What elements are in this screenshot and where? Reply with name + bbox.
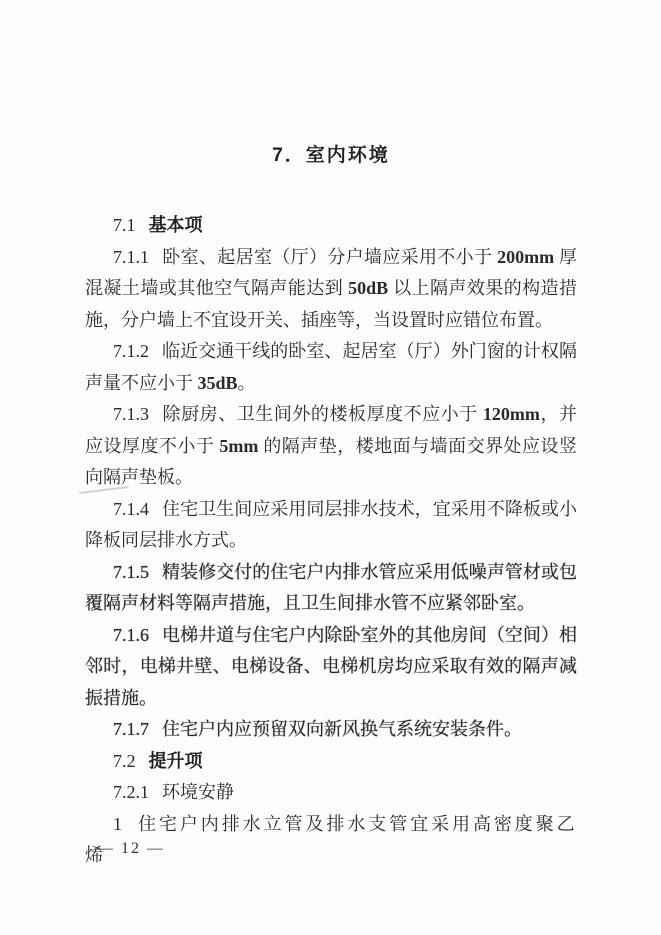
clause-number: 7.1.1: [113, 247, 149, 267]
text-run: 电梯井道与住宅户内除卧室外的其他房间（空间）相邻时，电梯井壁、电梯设备、电梯机房…: [85, 625, 577, 708]
document-page: 7．室内环境 7.1基本项7.1.1卧室、起居室（厅）分户墙应采用不小于 200…: [0, 0, 661, 935]
text-run: 5mm: [219, 436, 258, 456]
clause-number: 7.1.4: [113, 499, 149, 519]
text-run: 200mm: [497, 247, 554, 267]
paragraph: 7.1.2临近交通干线的卧室、起居室（厅）外门窗的计权隔声量不应小于 35dB。: [85, 336, 577, 399]
paragraph: 7.1.6电梯井道与住宅户内除卧室外的其他房间（空间）相邻时，电梯井壁、电梯设备…: [85, 620, 577, 715]
text-run: 提升项: [149, 751, 203, 771]
paragraph: 7.1.5精装修交付的住宅户内排水管应采用低噪声管材或包覆隔声材料等隔声措施，且…: [85, 557, 577, 620]
text-run: 。: [238, 373, 256, 393]
clause-number: 7.1: [113, 215, 136, 235]
text-run: 临近交通干线的卧室、起居室（厅）外门窗的计权隔声量不应小于: [85, 341, 577, 393]
text-run: 卧室、起居室（厅）分户墙应采用不小于: [162, 247, 497, 267]
text-run: 35dB: [198, 373, 238, 393]
section-heading: 7.2提升项: [85, 746, 577, 778]
text-run: 除厨房、卫生间外的楼板厚度不应小于: [162, 404, 483, 424]
section-heading: 7.2.1环境安静: [85, 777, 577, 809]
text-run: 50dB: [348, 278, 388, 298]
section-heading: 7.1基本项: [85, 210, 577, 242]
clause-number: 7.1.3: [113, 404, 149, 424]
text-run: 精装修交付的住宅户内排水管应采用低噪声管材或包覆隔声材料等隔声措施，且卫生间排水…: [85, 562, 577, 614]
document-body: 7．室内环境 7.1基本项7.1.1卧室、起居室（厅）分户墙应采用不小于 200…: [85, 144, 577, 872]
paragraph: 7.1.4住宅卫生间应采用同层排水技术，宜采用不降板或小降板同层排水方式。: [85, 494, 577, 557]
clause-number: 7.1.7: [113, 719, 149, 739]
clause-number: 7.1.6: [113, 625, 149, 645]
clause-number: 7.1.5: [113, 562, 149, 582]
clause-number: 1: [113, 814, 124, 834]
page-number: — 12 —: [97, 838, 165, 860]
chapter-title: 7．室内环境: [85, 144, 577, 168]
text-run: 住宅卫生间应采用同层排水技术，宜采用不降板或小降板同层排水方式。: [85, 499, 577, 551]
text-run: 环境安静: [162, 782, 234, 802]
paragraph: 7.1.7住宅户内应预留双向新风换气系统安装条件。: [85, 714, 577, 746]
clause-number: 7.2: [113, 751, 136, 771]
text-run: 住宅户内应预留双向新风换气系统安装条件。: [162, 719, 522, 739]
clause-number: 7.2.1: [113, 782, 149, 802]
paragraph: 7.1.3除厨房、卫生间外的楼板厚度不应小于 120mm，并应设厚度不小于 5m…: [85, 399, 577, 494]
paragraph: 7.1.1卧室、起居室（厅）分户墙应采用不小于 200mm 厚混凝土墙或其他空气…: [85, 242, 577, 337]
clause-number: 7.1.2: [113, 341, 149, 361]
document-blocks: 7.1基本项7.1.1卧室、起居室（厅）分户墙应采用不小于 200mm 厚混凝土…: [85, 210, 577, 872]
text-run: 基本项: [149, 215, 203, 235]
text-run: 120mm: [483, 404, 540, 424]
